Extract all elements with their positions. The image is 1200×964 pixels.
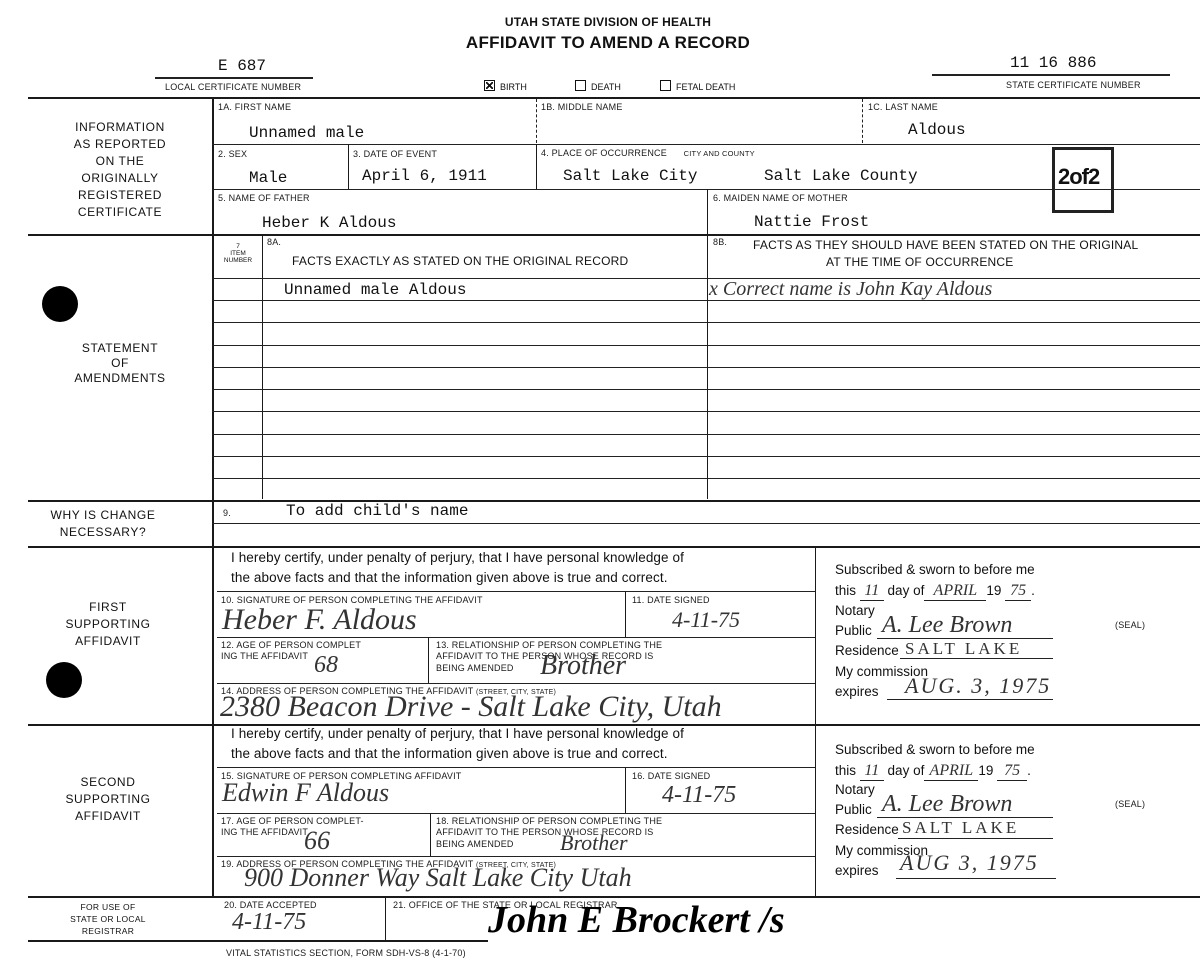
punch-hole-2 — [46, 662, 82, 698]
second-notary-date-line: this 11 day ofAPRIL19 75. — [835, 762, 1031, 781]
rule-sex-date — [348, 144, 349, 189]
place-label-sub: CITY AND COUNTY — [684, 149, 755, 158]
item-number-num: 7 — [214, 243, 262, 250]
notary-day: 11 — [860, 762, 884, 781]
rule-first-date — [625, 591, 626, 637]
father-label: 5. NAME OF FATHER — [218, 193, 310, 203]
middle-name-divider — [536, 99, 537, 143]
section-line: SUPPORTING — [28, 791, 188, 808]
item-number-header: 7 ITEM NUMBER — [214, 243, 262, 264]
section-line: ON THE — [28, 153, 212, 170]
second-age-label-1: 17. AGE OF PERSON COMPLET- — [221, 816, 364, 826]
rule-top — [28, 97, 1200, 99]
section-line: CERTIFICATE — [28, 204, 212, 221]
page-stamp-text: 2of2 — [1058, 164, 1099, 190]
section-line: OF — [28, 356, 212, 371]
place-label-main: 4. PLACE OF OCCURRENCE — [541, 148, 667, 158]
page-stamp: 2of2 — [1052, 147, 1114, 213]
section-line: INFORMATION — [28, 119, 212, 136]
rule-reason-top — [28, 500, 1200, 502]
section-first-affidavit-label: FIRST SUPPORTING AFFIDAVIT — [28, 599, 188, 650]
sex-value: Male — [249, 169, 287, 187]
section-line: AMENDMENTS — [28, 371, 212, 386]
first-age-label-1: 12. AGE OF PERSON COMPLET — [221, 640, 361, 650]
section-line: STATE OR LOCAL — [28, 913, 188, 925]
rule-row3 — [212, 189, 1200, 190]
second-rel-label-3: BEING AMENDED — [436, 839, 514, 849]
second-public-label: Public — [835, 802, 872, 817]
rule-second-notary — [815, 724, 816, 896]
first-signature: Heber F. Aldous — [222, 603, 417, 637]
second-date-value: 4-11-75 — [662, 782, 736, 809]
section-line: ORIGINALLY — [28, 170, 212, 187]
first-cert-line-2: the above facts and that the information… — [231, 570, 668, 585]
rule-amend-top — [28, 234, 1200, 236]
first-relationship-value: Brother — [540, 650, 626, 682]
first-cert-line-1: I hereby certify, under penalty of perju… — [231, 550, 684, 565]
last-name-value: Aldous — [908, 121, 966, 139]
amend-row-line — [212, 411, 1200, 412]
notary-year: 75 — [1005, 582, 1031, 601]
this-label: this — [835, 763, 856, 778]
first-notary-line1: Subscribed & sworn to before me — [835, 562, 1035, 577]
first-name-label: 1A. FIRST NAME — [218, 102, 291, 112]
mother-value: Nattie Frost — [754, 213, 869, 231]
first-date-label: 11. DATE SIGNED — [632, 595, 710, 605]
rule-reason-mid — [212, 523, 1200, 524]
fetal-death-label: FETAL DEATH — [676, 82, 735, 92]
rule-left-col — [212, 97, 214, 897]
section-line: FIRST — [28, 599, 188, 616]
day-of-label: day of — [888, 763, 925, 778]
first-age-value: 68 — [314, 652, 338, 679]
amend-row-line — [212, 367, 1200, 368]
sex-label: 2. SEX — [218, 149, 247, 159]
rule-first-notary — [815, 546, 816, 724]
place-city-value: Salt Lake City — [563, 167, 697, 185]
second-residence-value: SALT LAKE — [902, 818, 1019, 838]
place-county-value: Salt Lake County — [764, 167, 918, 185]
rule-second-sig-top — [217, 767, 815, 768]
section-registrar-label: FOR USE OF STATE OR LOCAL REGISTRAR — [28, 901, 188, 937]
date-accepted-value: 4-11-75 — [232, 909, 306, 936]
amend-row-line — [212, 478, 1200, 479]
first-residence-value: SALT LAKE — [905, 639, 1022, 659]
local-certificate-number: E 687 — [218, 57, 266, 75]
date-event-value: April 6, 1911 — [362, 167, 487, 185]
second-public-signature: A. Lee Brown — [882, 791, 1012, 818]
last-name-divider — [862, 99, 863, 143]
middle-name-label: 1B. MIDDLE NAME — [541, 102, 623, 112]
place-label: 4. PLACE OF OCCURRENCE CITY AND COUNTY — [541, 148, 755, 158]
rule-first-addr-top — [217, 683, 815, 684]
rule-row2 — [212, 144, 1200, 145]
second-signature: Edwin F Aldous — [222, 778, 389, 808]
section-line: AFFIDAVIT — [28, 633, 188, 650]
rule-second-age-top — [217, 813, 815, 814]
second-age-label-2: ING THE AFFIDAVIT — [221, 827, 308, 837]
state-certificate-number: 11 16 886 — [1010, 54, 1096, 72]
second-notary-line1: Subscribed & sworn to before me — [835, 742, 1035, 757]
rule-first-aff-top — [28, 546, 1200, 548]
second-notary-label: Notary — [835, 782, 875, 797]
notary-day: 11 — [860, 582, 884, 601]
section-line: AFFIDAVIT — [28, 808, 188, 825]
birth-label: BIRTH — [500, 82, 527, 92]
form-title: AFFIDAVIT TO AMEND A RECORD — [0, 33, 1200, 53]
second-expires-value: AUG 3, 1975 — [900, 850, 1039, 876]
col-b-num: 8B. — [713, 237, 727, 247]
second-residence-label: Residence — [835, 822, 899, 837]
first-address-value: 2380 Beacon Drive - Salt Lake City, Utah — [220, 690, 722, 724]
notary-month: APRIL — [924, 762, 978, 781]
first-rel-label-1: 13. RELATIONSHIP OF PERSON COMPLETING TH… — [436, 640, 662, 650]
section-reason-label: WHY IS CHANGE NECESSARY? — [28, 507, 178, 541]
rule-date-place — [536, 144, 537, 189]
first-rel-label-3: BEING AMENDED — [436, 663, 514, 673]
century-label: 19 — [978, 763, 993, 778]
rule-bottom — [28, 940, 488, 942]
agency-name: UTAH STATE DIVISION OF HEALTH — [0, 15, 1200, 29]
mother-label: 6. MAIDEN NAME OF MOTHER — [713, 193, 848, 203]
section-original-info-label: INFORMATION AS REPORTED ON THE ORIGINALL… — [28, 119, 212, 221]
notary-year: 75 — [997, 762, 1027, 781]
record-type-death[interactable]: DEATH — [575, 80, 621, 92]
state-cert-underline — [932, 74, 1170, 76]
section-line: FOR USE OF — [28, 901, 188, 913]
century-label: 19 — [986, 583, 1001, 598]
amend-row-line — [212, 278, 1200, 279]
col-b-header-1: FACTS AS THEY SHOULD HAVE BEEN STATED ON… — [753, 238, 1138, 252]
amend-row-line — [212, 300, 1200, 301]
col-a-num: 8A. — [267, 237, 281, 247]
section-line: AS REPORTED — [28, 136, 212, 153]
first-expires-label: expires — [835, 684, 879, 699]
record-type-fetal-death[interactable]: FETAL DEATH — [660, 80, 735, 92]
first-notary-date-line: this 11 day ofAPRIL19 75. — [835, 582, 1035, 601]
form-id: VITAL STATISTICS SECTION, FORM SDH-VS-8 … — [226, 948, 466, 958]
rule-second-rel — [430, 813, 431, 856]
second-address-value: 900 Donner Way Salt Lake City Utah — [244, 863, 632, 893]
second-cert-line-2: the above facts and that the information… — [231, 746, 668, 761]
state-cert-label: STATE CERTIFICATE NUMBER — [1006, 80, 1141, 90]
first-name-value: Unnamed male — [249, 124, 364, 142]
first-age-label-2: ING THE AFFIDAVIT — [221, 651, 308, 661]
section-amendments-label: STATEMENT OF AMENDMENTS — [28, 341, 212, 386]
col-b-header-2: AT THE TIME OF OCCURRENCE — [826, 255, 1013, 269]
local-cert-label: LOCAL CERTIFICATE NUMBER — [165, 82, 301, 92]
amend-row-line — [212, 434, 1200, 435]
notary-month: APRIL — [924, 582, 986, 601]
col-a-header: FACTS EXACTLY AS STATED ON THE ORIGINAL … — [292, 254, 628, 268]
section-line: NECESSARY? — [28, 524, 178, 541]
second-cert-line-1: I hereby certify, under penalty of perju… — [231, 726, 684, 741]
death-checkbox[interactable] — [575, 80, 586, 91]
last-name-label: 1C. LAST NAME — [868, 102, 938, 112]
section-line: SECOND — [28, 774, 188, 791]
this-label: this — [835, 583, 856, 598]
father-value: Heber K Aldous — [262, 214, 396, 232]
second-rel-label-1: 18. RELATIONSHIP OF PERSON COMPLETING TH… — [436, 816, 662, 826]
section-line: SUPPORTING — [28, 616, 188, 633]
amend-row-line — [212, 345, 1200, 346]
amendment-corrected-value: x Correct name is John Kay Aldous — [709, 278, 992, 301]
section-line: REGISTRAR — [28, 925, 188, 937]
day-of-label: day of — [888, 583, 925, 598]
amend-row-line — [212, 456, 1200, 457]
first-expires-underline — [887, 699, 1053, 700]
rule-registrar-office — [385, 896, 386, 940]
section-line: STATEMENT — [28, 341, 212, 356]
first-date-value: 4-11-75 — [672, 607, 740, 633]
reason-num: 9. — [223, 508, 231, 518]
first-public-label: Public — [835, 623, 872, 638]
rule-first-rel — [428, 637, 429, 683]
rule-second-date — [625, 767, 626, 813]
second-seal: (SEAL) — [1115, 799, 1145, 809]
second-relationship-value: Brother — [560, 830, 628, 856]
section-second-affidavit-label: SECOND SUPPORTING AFFIDAVIT — [28, 774, 188, 825]
second-date-label: 16. DATE SIGNED — [632, 771, 710, 781]
section-line: WHY IS CHANGE — [28, 507, 178, 524]
item-number-text: ITEM NUMBER — [223, 250, 253, 264]
first-seal: (SEAL) — [1115, 620, 1145, 630]
record-type-birth[interactable]: BIRTH — [484, 80, 527, 92]
amend-row-line — [212, 322, 1200, 323]
first-expires-value: AUG. 3, 1975 — [905, 673, 1051, 699]
section-line: REGISTERED — [28, 187, 212, 204]
first-public-signature: A. Lee Brown — [882, 612, 1012, 639]
first-notary-label: Notary — [835, 603, 875, 618]
first-residence-label: Residence — [835, 643, 899, 658]
second-expires-underline — [896, 878, 1056, 879]
fetal-death-checkbox[interactable] — [660, 80, 671, 91]
date-event-label: 3. DATE OF EVENT — [353, 149, 437, 159]
rule-second-addr-top — [217, 856, 815, 857]
rule-first-sig-top — [217, 591, 815, 592]
local-cert-underline — [155, 77, 313, 79]
punch-hole-1 — [42, 286, 78, 322]
second-age-value: 66 — [304, 826, 330, 856]
amendment-original-value: Unnamed male Aldous — [284, 281, 466, 299]
reason-value: To add child's name — [286, 502, 468, 520]
amend-row-line — [212, 389, 1200, 390]
death-label: DEATH — [591, 82, 621, 92]
birth-checkbox[interactable] — [484, 80, 495, 91]
rule-first-age-top — [217, 637, 815, 638]
registrar-signature: John E Brockert /s — [488, 898, 785, 942]
second-expires-label: expires — [835, 863, 879, 878]
second-residence-underline — [898, 838, 1053, 839]
